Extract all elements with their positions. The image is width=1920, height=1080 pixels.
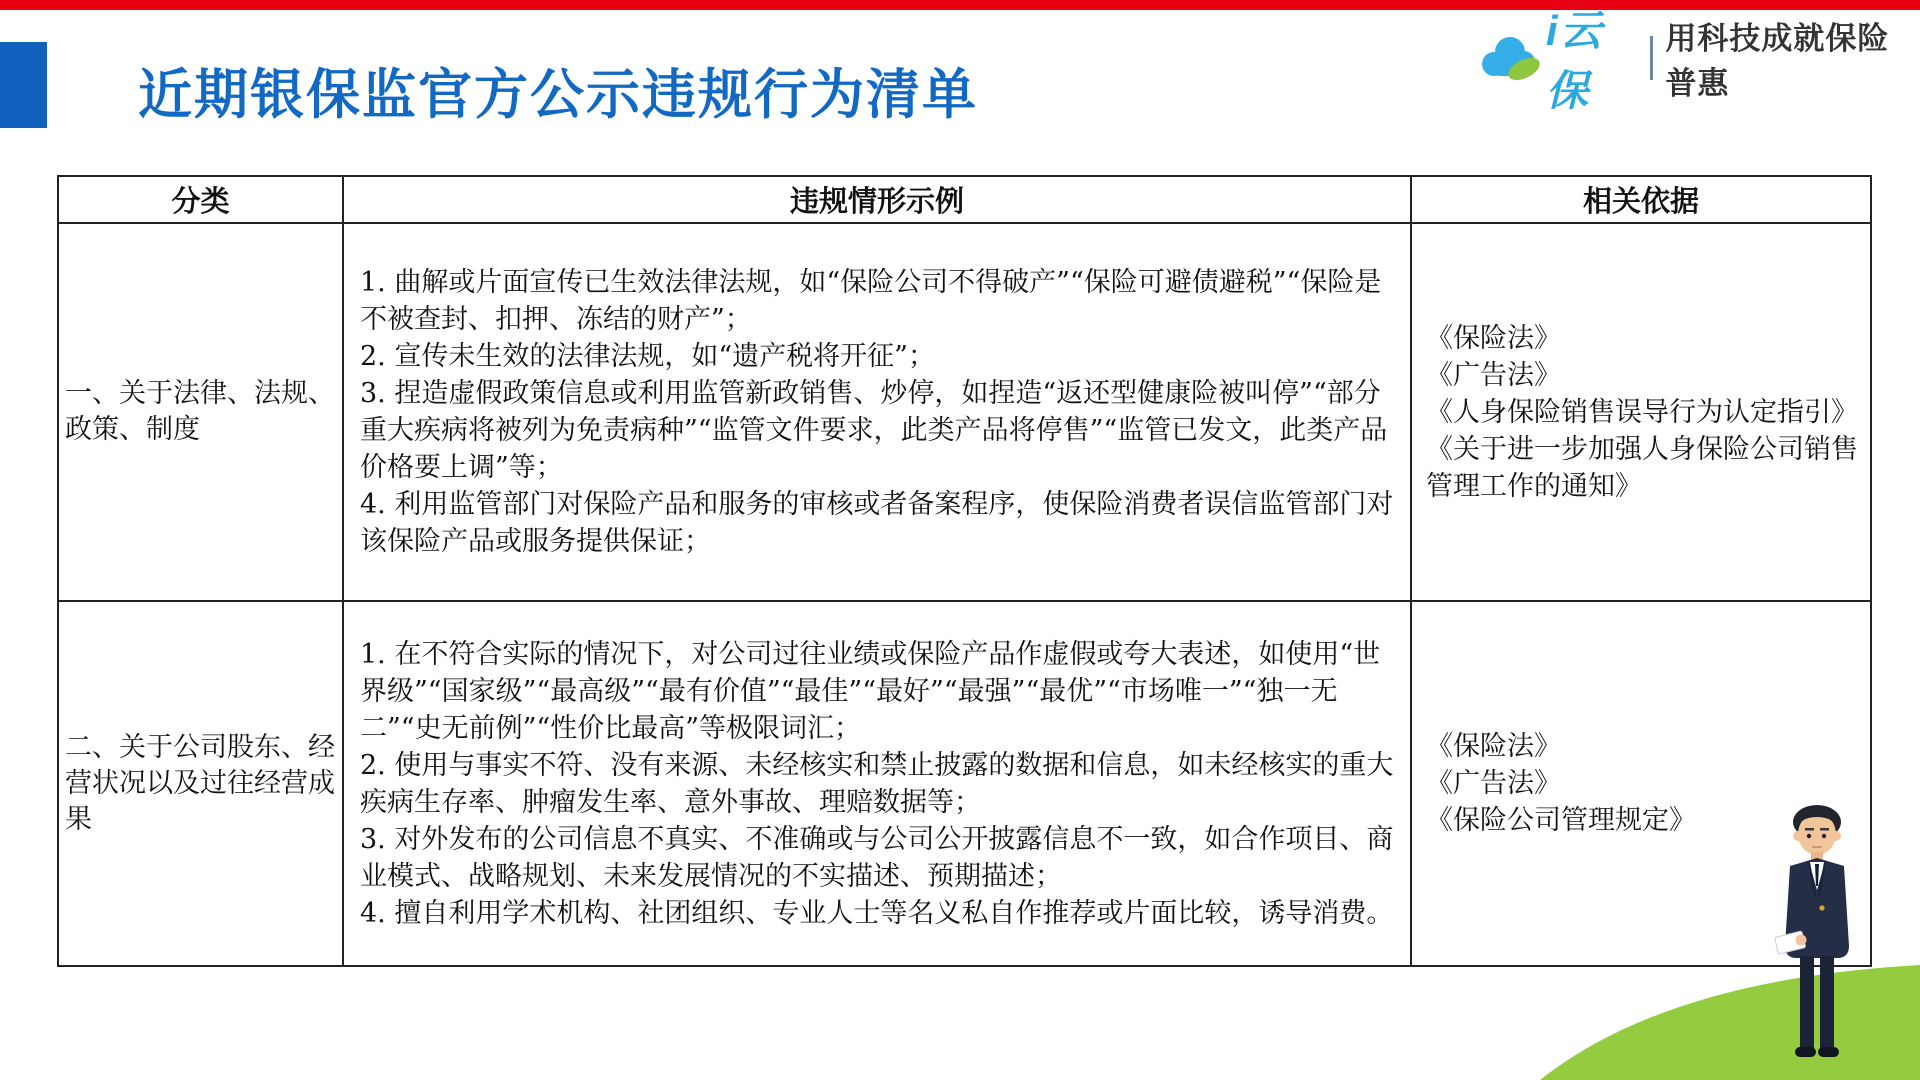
logo-divider <box>1650 36 1654 80</box>
businessman-mascot-illustration <box>1760 796 1874 1068</box>
row2-examples: 1. 在不符合实际的情况下，对公司过往业绩或保险产品作虚假或夸大表述，如使用“世… <box>343 601 1411 966</box>
table-header-row: 分类 违规情形示例 相关依据 <box>58 176 1871 223</box>
table-row: 一、关于法律、法规、政策、制度 1. 曲解或片面宣传已生效法律法规，如“保险公司… <box>58 223 1871 601</box>
header-category: 分类 <box>58 176 343 223</box>
brand-name: i云保 <box>1546 0 1636 118</box>
page-title: 近期银保监官方公示违规行为清单 <box>138 52 978 129</box>
row1-basis: 《保险法》 《广告法》 《人身保险销售误导行为认定指引》 《关于进一步加强人身保… <box>1411 223 1871 601</box>
header-basis: 相关依据 <box>1411 176 1871 223</box>
table-row: 二、关于公司股东、经营状况以及过往经营成果 1. 在不符合实际的情况下，对公司过… <box>58 601 1871 966</box>
brand-tagline: 用科技成就保险普惠 <box>1665 13 1920 103</box>
violations-table: 分类 违规情形示例 相关依据 一、关于法律、法规、政策、制度 1. 曲解或片面宣… <box>57 175 1872 967</box>
brand-logo: i云保 用科技成就保险普惠 <box>1478 30 1920 86</box>
header-examples: 违规情形示例 <box>343 176 1411 223</box>
cloud-leaf-icon <box>1478 34 1542 82</box>
blue-accent-block <box>0 42 47 128</box>
row1-examples: 1. 曲解或片面宣传已生效法律法规，如“保险公司不得破产”“保险可避债避税”“保… <box>343 223 1411 601</box>
row1-category: 一、关于法律、法规、政策、制度 <box>58 223 343 601</box>
row2-category: 二、关于公司股东、经营状况以及过往经营成果 <box>58 601 343 966</box>
